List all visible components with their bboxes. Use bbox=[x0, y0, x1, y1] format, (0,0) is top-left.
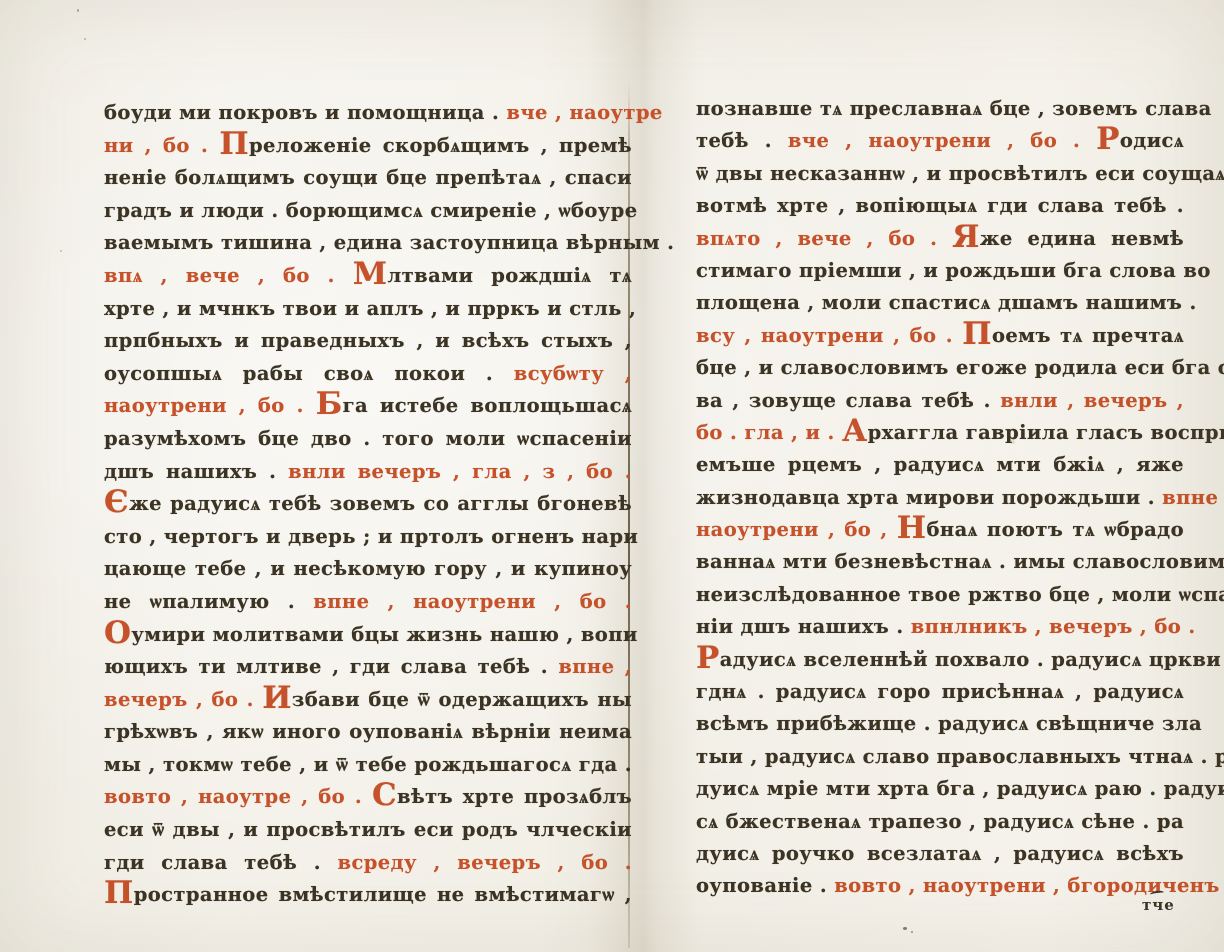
rubric-initial-letter: О bbox=[104, 615, 131, 651]
text-line: бце , и славословимъ егоже родила еси бг… bbox=[696, 352, 1184, 384]
body-text: хрте , и мчнкъ твои и аплъ , и прркъ и с… bbox=[104, 297, 636, 320]
body-text: всѣмъ прибѣжище . радуисѧ свѣщниче зла bbox=[696, 712, 1202, 735]
body-text: познавше тѧ преславнаѧ бце , зовемъ слав… bbox=[696, 97, 1212, 120]
rubric-text: внли , вечеръ , bbox=[1000, 389, 1184, 412]
body-text: боуди ми покровъ и помощница . bbox=[104, 101, 499, 124]
body-text: дуисѧ роучко всезлатаѧ , радуисѧ всѣхъ bbox=[696, 842, 1184, 865]
text-line: площена , моли спастисѧ дшамъ нашимъ . bbox=[696, 287, 1184, 319]
body-text: лтвами рождшіѧ тѧ bbox=[388, 264, 633, 287]
body-text: стимаго пріемши , и рождьши бга слова во bbox=[696, 259, 1211, 282]
text-line: разумѣхомъ бце дво . того моли ѡспасеніи bbox=[104, 423, 632, 456]
body-text: рхаггла гавріила гласъ воспри bbox=[868, 421, 1224, 444]
rubric-initial-letter: С bbox=[372, 777, 397, 813]
rubric-text: впѧто , вече , бо . bbox=[696, 227, 937, 250]
text-line: неніе болѧщимъ соущи бце препѣтаѧ , спас… bbox=[104, 162, 632, 195]
body-text: мы , токмѡ тебе , и ѿ тебе рождьшагосѧ г… bbox=[104, 753, 632, 776]
text-line: жизнодавца хрта мирови порождьши . впне … bbox=[696, 482, 1184, 514]
body-text: неніе болѧщимъ соущи бце препѣтаѧ , спас… bbox=[104, 166, 632, 189]
text-line: Радуисѧ вселеннѣй похвало . радуисѧ цркв… bbox=[696, 644, 1184, 676]
body-text: одисѧ bbox=[1120, 129, 1184, 152]
text-line: боуди ми покровъ и помощница . вче , нао… bbox=[104, 97, 632, 130]
text-line: грѣхѡвъ , якѡ иного оупованіѧ вѣрніи неи… bbox=[104, 716, 632, 749]
rubric-initial-letter: Р bbox=[696, 640, 720, 676]
body-text: ваемымъ тишина , едина застоупница вѣрны… bbox=[104, 231, 674, 254]
text-line: наоутрени , бо , Нбнаѧ поютъ тѧ ѡбрадо bbox=[696, 514, 1184, 546]
body-text: умири молитвами бцы жизнь нашю , вопи bbox=[131, 623, 637, 646]
text-line: не ѡпалимую . впне , наоутрени , бо . bbox=[104, 586, 632, 619]
rubric-initial-letter: Я bbox=[952, 219, 980, 255]
text-line: дшъ нашихъ . внли вечеръ , гла , з , бо … bbox=[104, 456, 632, 489]
rubric-initial-letter: Б bbox=[316, 386, 343, 422]
body-text: оемъ тѧ пречтаѧ bbox=[992, 324, 1184, 347]
body-text: ваннаѧ мти безневѣстнаѧ . имы славослови… bbox=[696, 550, 1224, 573]
text-line: Єже радуисѧ тебѣ зовемъ со агглы бгоневѣ bbox=[104, 488, 632, 521]
paper-speck bbox=[903, 927, 907, 930]
body-text: бнаѧ поютъ тѧ ѡбрадо bbox=[926, 518, 1184, 541]
body-text: сто , чертогъ и дверь ; и пртолъ огненъ … bbox=[104, 525, 638, 548]
rubric-initial-letter: Н bbox=[897, 510, 927, 546]
folio-number: тче bbox=[1142, 896, 1175, 914]
body-text: ѿ двы несказаннѡ , и просвѣтилъ еси соущ… bbox=[696, 162, 1224, 185]
body-text: адуисѧ вселеннѣй похвало . радуисѧ цркви bbox=[720, 648, 1221, 671]
body-text: еси ѿ двы , и просвѣтилъ еси родъ члческ… bbox=[104, 818, 632, 841]
body-text: жизнодавца хрта мирови порождьши . bbox=[696, 486, 1155, 509]
rubric-text: внли вечеръ , гла , з , бо . bbox=[288, 460, 632, 483]
text-line: хрте , и мчнкъ твои и аплъ , и прркъ и с… bbox=[104, 293, 632, 326]
body-text: бце , и славословимъ егоже родила еси бг… bbox=[696, 356, 1224, 379]
rubric-text: наоутрени , бо , bbox=[696, 518, 888, 541]
rubric-text: вче , наоутрени , бо . bbox=[788, 129, 1080, 152]
text-line: всу , наоутрени , бо . Поемъ тѧ пречтаѧ bbox=[696, 320, 1184, 352]
book-scan: боуди ми покровъ и помощница . вче , нао… bbox=[0, 0, 1224, 952]
text-line: прпбныхъ и праведныхъ , и всѣхъ стыхъ , bbox=[104, 325, 632, 358]
body-text: не ѡпалимую . bbox=[104, 590, 295, 613]
text-line: ніи дшъ нашихъ . впнлникъ , вечеръ , бо … bbox=[696, 611, 1184, 643]
rubric-initial-letter: Є bbox=[104, 484, 129, 520]
body-text: же радуисѧ тебѣ зовемъ со агглы бгоневѣ bbox=[129, 492, 632, 515]
text-line: гднѧ . радуисѧ горо присѣннаѧ , радуисѧ bbox=[696, 676, 1184, 708]
text-line: сто , чертогъ и дверь ; и пртолъ огненъ … bbox=[104, 521, 632, 554]
rubric-initial-letter: П bbox=[219, 126, 249, 162]
text-line: наоутрени , бо . Бга истебе воплощьшасѧ bbox=[104, 390, 632, 423]
rubric-initial-letter: П bbox=[962, 316, 992, 352]
body-text: гднѧ . радуисѧ горо присѣннаѧ , радуисѧ bbox=[696, 680, 1184, 703]
text-line: цающе тебе , и несѣкомую гору , и купино… bbox=[104, 553, 632, 586]
body-text: сѧ бжественаѧ трапезо , радуисѧ сѣне . р… bbox=[696, 810, 1184, 833]
rubric-text: впнлникъ , вечеръ , бо . bbox=[911, 615, 1196, 638]
text-line: впѧто , вече , бо . Яже едина невмѣ bbox=[696, 223, 1184, 255]
rubric-text: впне , bbox=[558, 655, 632, 678]
body-text: же едина невмѣ bbox=[980, 227, 1184, 250]
rubric-text: всреду , вечеръ , бо . bbox=[338, 851, 632, 874]
text-line: дуисѧ роучко всезлатаѧ , радуисѧ всѣхъ bbox=[696, 838, 1184, 870]
rubric-text: вовто , наоутрени , бгородиченъ . bbox=[834, 874, 1224, 897]
text-line: мы , токмѡ тебе , и ѿ тебе рождьшагосѧ г… bbox=[104, 749, 632, 782]
text-line: бо . гла , и . Архаггла гавріила гласъ в… bbox=[696, 417, 1184, 449]
text-line: впѧ , вече , бо . Млтвами рождшіѧ тѧ bbox=[104, 260, 632, 293]
text-line: емъше рцемъ , радуисѧ мти бжіѧ , яже bbox=[696, 449, 1184, 481]
text-line: Пространное вмѣстилище не вмѣстимагѡ , bbox=[104, 879, 632, 912]
body-text: оусопшыѧ рабы своѧ покои . bbox=[104, 362, 493, 385]
body-text: разумѣхомъ бце дво . того моли ѡспасеніи bbox=[104, 427, 632, 450]
body-text: дшъ нашихъ . bbox=[104, 460, 276, 483]
text-line: дуисѧ мріе мти хрта бга , радуисѧ раю . … bbox=[696, 773, 1184, 805]
text-line: градъ и люди . борющимсѧ смиреніе , ѡбоу… bbox=[104, 195, 632, 228]
text-line: тебѣ . вче , наоутрени , бо . Родисѧ bbox=[696, 125, 1184, 157]
text-line: ющихъ ти млтиве , гди слава тебѣ . впне … bbox=[104, 651, 632, 684]
rubric-text: наоутрени , бо . bbox=[104, 394, 304, 417]
body-text: гди слава тебѣ . bbox=[104, 851, 321, 874]
body-text: ющихъ ти млтиве , гди слава тебѣ . bbox=[104, 655, 548, 678]
body-text: реложеніе скорбѧщимъ , премѣ bbox=[249, 134, 632, 157]
body-text: грѣхѡвъ , якѡ иного оупованіѧ вѣрніи неи… bbox=[104, 720, 632, 743]
rubric-text: всу , наоутрени , бо . bbox=[696, 324, 953, 347]
body-text: тыи , радуисѧ славо православныхъ чтнаѧ … bbox=[696, 745, 1224, 768]
text-line: вечеръ , бо . Избави бце ѿ одержащихъ ны bbox=[104, 684, 632, 717]
text-line: оупованіе . вовто , наоутрени , бгородич… bbox=[696, 870, 1184, 902]
text-line: сѧ бжественаѧ трапезо , радуисѧ сѣне . р… bbox=[696, 806, 1184, 838]
body-text: ва , зовуще слава тебѣ . bbox=[696, 389, 991, 412]
body-text: збави бце ѿ одержащихъ ны bbox=[292, 688, 632, 711]
right-page: познавше тѧ преславнаѧ бце , зовемъ слав… bbox=[696, 93, 1184, 903]
rubric-initial-letter: А bbox=[842, 413, 868, 449]
text-line: вотмѣ хрте , вопіющыѧ гди слава тебѣ . bbox=[696, 190, 1184, 222]
rubric-text: всубѡту , bbox=[514, 362, 632, 385]
paper-speck bbox=[60, 250, 62, 252]
rubric-initial-letter: М bbox=[353, 256, 388, 292]
body-text: вѣтъ хрте прозѧблъ bbox=[397, 785, 632, 808]
body-text: емъше рцемъ , радуисѧ мти бжіѧ , яже bbox=[696, 453, 1184, 476]
rubric-text: бо . гла , и . bbox=[696, 421, 835, 444]
text-line: вовто , наоутре , бо . Свѣтъ хрте прозѧб… bbox=[104, 781, 632, 814]
text-line: еси ѿ двы , и просвѣтилъ еси родъ члческ… bbox=[104, 814, 632, 847]
body-text: неизслѣдованное твое ржтво бце , моли ѡс… bbox=[696, 583, 1224, 606]
text-line: неизслѣдованное твое ржтво бце , моли ѡс… bbox=[696, 579, 1184, 611]
paper-speck bbox=[911, 931, 913, 933]
body-text: дуисѧ мріе мти хрта бга , радуисѧ раю . … bbox=[696, 777, 1224, 800]
rubric-text: вовто , наоутре , бо . bbox=[104, 785, 362, 808]
body-text: ніи дшъ нашихъ . bbox=[696, 615, 904, 638]
rubric-text: впне , наоутрени , бо . bbox=[313, 590, 632, 613]
rubric-text: ни , бо . bbox=[104, 134, 208, 157]
body-text: прпбныхъ и праведныхъ , и всѣхъ стыхъ , bbox=[104, 329, 632, 352]
body-text: градъ и люди . борющимсѧ смиреніе , ѡбоу… bbox=[104, 199, 638, 222]
body-text: цающе тебе , и несѣкомую гору , и купино… bbox=[104, 557, 632, 580]
text-line: тыи , радуисѧ славо православныхъ чтнаѧ … bbox=[696, 741, 1184, 773]
rubric-text: вечеръ , бо . bbox=[104, 688, 254, 711]
body-text: оупованіе . bbox=[696, 874, 827, 897]
rubric-initial-letter: Р bbox=[1096, 121, 1120, 157]
text-line: оусопшыѧ рабы своѧ покои . всубѡту , bbox=[104, 358, 632, 391]
body-text: ространное вмѣстилище не вмѣстимагѡ , bbox=[134, 883, 632, 906]
text-line: Оумири молитвами бцы жизнь нашю , вопи bbox=[104, 619, 632, 652]
text-line: стимаго пріемши , и рождьши бга слова во bbox=[696, 255, 1184, 287]
rubric-initial-letter: П bbox=[104, 875, 134, 911]
body-text: тебѣ . bbox=[696, 129, 772, 152]
text-line: ваннаѧ мти безневѣстнаѧ . имы славослови… bbox=[696, 546, 1184, 578]
left-page: боуди ми покровъ и помощница . вче , нао… bbox=[104, 97, 632, 912]
text-line: ва , зовуще слава тебѣ . внли , вечеръ , bbox=[696, 385, 1184, 417]
paper-speck bbox=[77, 9, 79, 12]
text-line: ни , бо . Преложеніе скорбѧщимъ , премѣ bbox=[104, 130, 632, 163]
body-text: площена , моли спастисѧ дшамъ нашимъ . bbox=[696, 291, 1197, 314]
rubric-text: впне , bbox=[1162, 486, 1224, 509]
text-line: всѣмъ прибѣжище . радуисѧ свѣщниче зла bbox=[696, 708, 1184, 740]
rubric-text: впѧ , вече , бо . bbox=[104, 264, 335, 287]
rubric-initial-letter: И bbox=[262, 680, 292, 716]
text-line: гди слава тебѣ . всреду , вечеръ , бо . bbox=[104, 847, 632, 880]
paper-speck bbox=[84, 38, 86, 40]
body-text: га истебе воплощьшасѧ bbox=[343, 394, 632, 417]
rubric-text: вче , наоутре bbox=[506, 101, 662, 124]
text-line: ѿ двы несказаннѡ , и просвѣтилъ еси соущ… bbox=[696, 158, 1184, 190]
body-text: вотмѣ хрте , вопіющыѧ гди слава тебѣ . bbox=[696, 194, 1184, 217]
